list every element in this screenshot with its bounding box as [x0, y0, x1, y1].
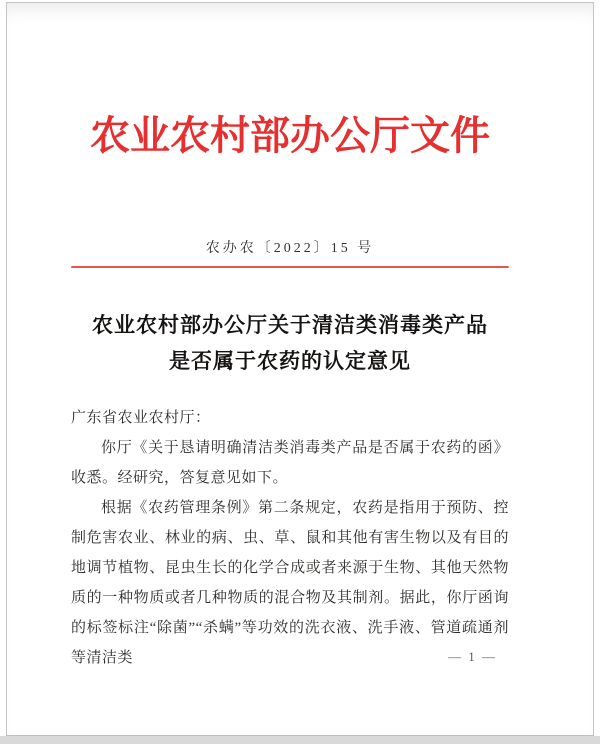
paragraph-regulation-definition: 根据《农药管理条例》第二条规定，农药是指用于预防、控制危害农业、林业的病、虫、草…: [71, 493, 509, 673]
scanned-document: 农业农村部办公厅文件 农办农〔2022〕15 号 农业农村部办公厅关于清洁类消毒…: [0, 0, 600, 744]
agency-letterhead-title: 农业农村部办公厅文件: [71, 111, 509, 161]
document-title-line2: 是否属于农药的认定意见: [71, 343, 509, 379]
document-number: 农办农〔2022〕15 号: [71, 239, 509, 259]
document-title-line1: 农业农村部办公厅关于清洁类消毒类产品: [71, 307, 509, 343]
scan-bottom-edge: [0, 736, 600, 744]
document-page: 农业农村部办公厅文件 农办农〔2022〕15 号 农业农村部办公厅关于清洁类消毒…: [6, 2, 594, 736]
paragraph-reply-intro: 你厅《关于恳请明确清洁类消毒类产品是否属于农药的函》收悉。经研究，答复意见如下。: [71, 433, 509, 493]
page-number: — 1 —: [448, 649, 497, 665]
letterhead-divider-line: [71, 266, 509, 268]
salutation: 广东省农业农村厅：: [71, 403, 509, 433]
document-title: 农业农村部办公厅关于清洁类消毒类产品 是否属于农药的认定意见: [71, 307, 509, 379]
